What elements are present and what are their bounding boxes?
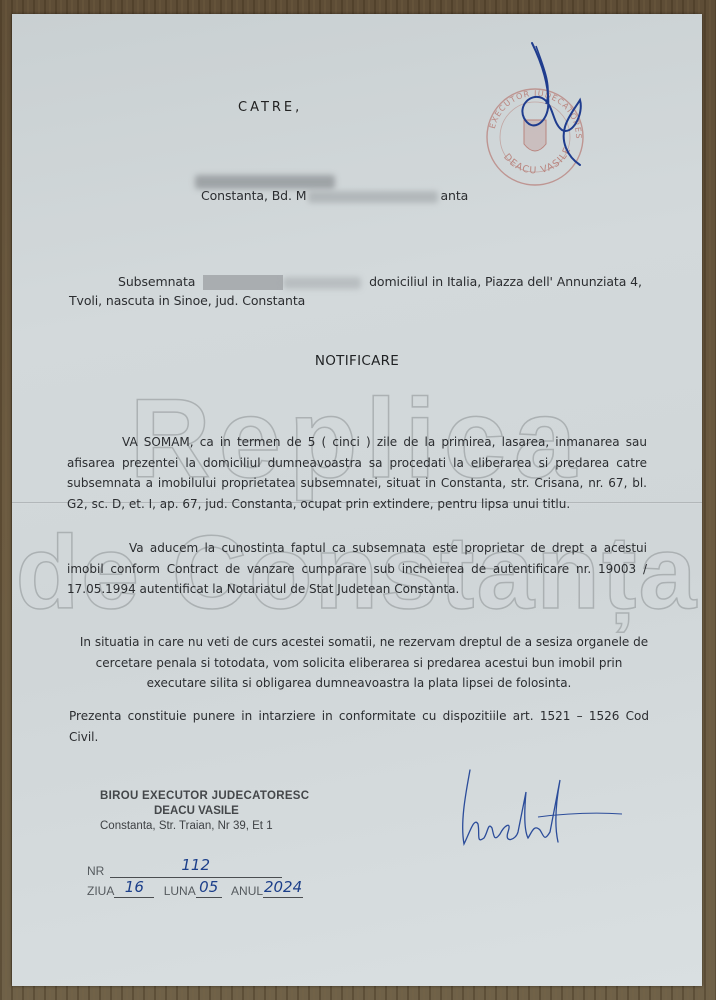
paragraph-3: In situatia in care nu veti de curs aces… [64, 632, 654, 694]
paragraph-4: Prezenta constituie punere in intarziere… [69, 706, 649, 747]
paragraph-1: VA SOMAM, ca in termen de 5 ( cinci ) zi… [67, 432, 647, 514]
paragraph-2: Va aducem la cunostinta faptul ca subsem… [67, 538, 647, 600]
month-label: LUNA [164, 884, 196, 898]
day-field: 16 [114, 884, 154, 898]
signature-top-icon [492, 38, 592, 168]
day-label: ZIUA [87, 884, 114, 898]
sender-line-1: Subsemnata domiciliul in Italia, Piazza … [118, 271, 642, 292]
addressee-address: Constanta, Bd. Manta [201, 185, 468, 206]
month-field: 05 [196, 884, 222, 898]
page-title: NOTIFICARE [12, 353, 702, 369]
year-field: 2024 [263, 884, 303, 898]
stamp-line-1: BIROU EXECUTOR JUDECATORESC [100, 789, 309, 804]
address-suffix: anta [440, 188, 468, 203]
address-prefix: Constanta, Bd. M [201, 188, 306, 203]
stamp-line-2: DEACU VASILE [100, 804, 309, 819]
document-page: Replica de Constanța CATRE, Constanta, B… [12, 14, 702, 986]
nr-label: NR [87, 864, 104, 878]
sender-name-redacted [203, 275, 283, 290]
sender-line-2: Tvoli, nascuta in Sinoe, jud. Constanta [69, 290, 305, 311]
signature-bottom-icon [442, 762, 642, 857]
address-redacted [308, 191, 438, 203]
year-value: 2024 [263, 878, 303, 896]
year-label: ANUL [231, 884, 263, 898]
executor-stamp: BIROU EXECUTOR JUDECATORESC DEACU VASILE… [100, 789, 309, 834]
day-value: 16 [114, 878, 154, 896]
stamp-line-3: Constanta, Str. Traian, Nr 39, Et 1 [100, 819, 309, 834]
registration-block: NR 112 ZIUA16 LUNA05 ANUL2024 [87, 864, 303, 902]
nr-field: 112 [110, 864, 282, 878]
nr-value: 112 [110, 856, 282, 874]
month-value: 05 [196, 878, 222, 896]
salutation: CATRE, [238, 100, 302, 115]
